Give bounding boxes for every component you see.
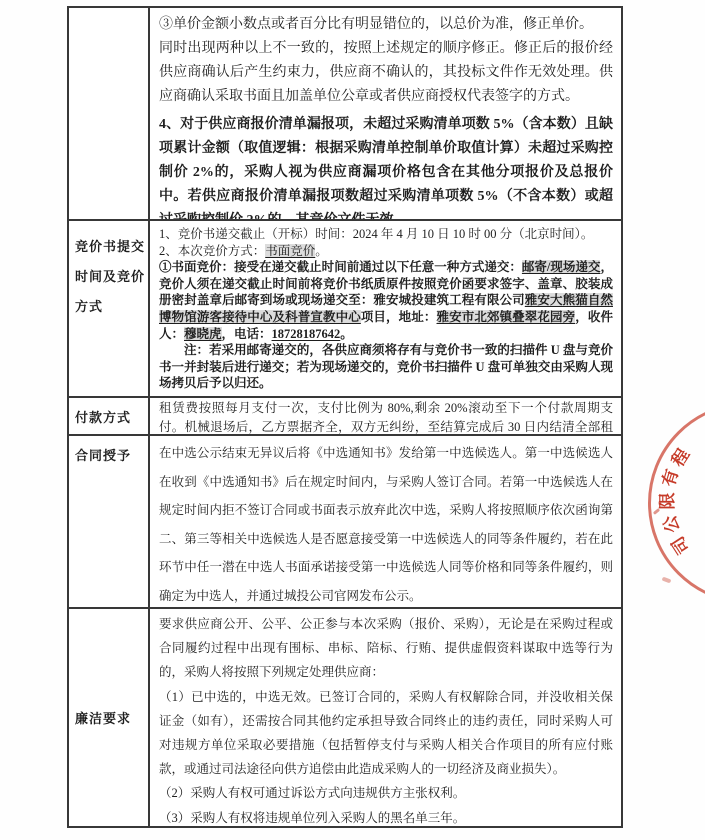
seal-character: 有: [660, 467, 682, 489]
text-segment: 1、竞价书递交截止（开标）时间：2024 年 4 月 10 日 10 时 00 …: [159, 227, 593, 241]
scanned-document-page: ③单价金额小数点或者百分比有明显错位的，以总价为准，修正单价。同时出现两种以上不…: [0, 0, 705, 840]
paragraph: （3）采购人有权将违规单位列入采购人的黑名单三年。: [159, 806, 613, 826]
seal-character: 司: [669, 533, 694, 558]
paragraph: ③单价金额小数点或者百分比有明显错位的，以总价为准，修正单价。: [159, 13, 613, 37]
paragraph: ①书面竞价：接受在递交截止时间前通过以下任意一种方式递交：邮寄/现场递交，竞价人…: [159, 259, 613, 342]
paragraph: 2、本次竞价方式：书面竞价。: [159, 243, 613, 260]
row-label-bid-submission: 竞价书提交时间及竞价方式: [69, 221, 150, 396]
paragraph: 同时出现两种以上不一致的，按照上述规定的顺序修正。修正后的报价经供应商确认后产生…: [159, 37, 613, 109]
row-content-payment-method: 租赁费按照每月支付一次，支付比例为 80%,剩余 20%滚动至下一个付款周期支付…: [150, 398, 621, 434]
paragraph: 要求供应商公开、公平、公正参与本次采购（报价、采购），无论是在采购过程或合同履约…: [159, 612, 613, 685]
table-row-contract-award: 合同授予 在中选公示结束无异议后将《中选通知书》发给第一中选候选人。第一中选候选…: [69, 434, 621, 607]
row-label-payment-method: 付款方式: [69, 398, 150, 434]
text-segment: ，电话：: [222, 327, 272, 341]
address-value: 雅安市北郊镇叠翠花园旁: [437, 310, 576, 324]
text-segment: 。: [315, 244, 328, 258]
text-segment: 。: [340, 327, 353, 341]
text-segment: 要求供应商公开、公平、公正参与本次采购（报价、采购），无论是在采购过程或合同履约…: [159, 617, 613, 679]
text-segment: 同时出现两种以上不一致的，按照上述规定的顺序修正。修正后的报价经供应商确认后产生…: [159, 41, 613, 104]
paragraph: （1）已中选的，中选无效。已签订合同的，采购人有权解除合同，并没收相关保证金（如…: [159, 685, 613, 782]
seal-ink-mark: [653, 508, 660, 515]
paragraph: 1、竞价书递交截止（开标）时间：2024 年 4 月 10 日 10 时 00 …: [159, 226, 613, 243]
seal-ink-dot: [662, 577, 672, 584]
procurement-terms-table: ③单价金额小数点或者百分比有明显错位的，以总价为准，修正单价。同时出现两种以上不…: [67, 6, 623, 828]
paragraph: 注：若采用邮寄递交的，各供应商须将存有与竞价书一致的扫描件 U 盘与竞价书一并封…: [159, 342, 613, 392]
text-segment: 租赁费按照每月支付一次，支付比例为 80%,剩余 20%滚动至下一个付款周期支付…: [159, 401, 613, 434]
seal-circle-icon: [648, 402, 705, 604]
table-row-bid-submission: 竞价书提交时间及竞价方式 1、竞价书递交截止（开标）时间：2024 年 4 月 …: [69, 219, 621, 396]
text-segment: 2、本次竞价方式：: [159, 244, 265, 258]
delivery-method-value: 邮寄/现场递交: [522, 260, 601, 274]
text-segment: （1）已中选的，中选无效。已签订合同的，采购人有权解除合同，并没收相关保证金（如…: [159, 690, 613, 777]
text-segment: 在中选公示结束无异议后将《中选通知书》发给第一中选候选人。第一中选候选人在收到《…: [159, 446, 613, 603]
table-row-payment-method: 付款方式 租赁费按照每月支付一次，支付比例为 80%,剩余 20%滚动至下一个付…: [69, 396, 621, 434]
seal-character: 限: [659, 492, 677, 510]
text-segment: 4、对于供应商报价清单漏报项，未超过采购清单项数 5%（含本数）且缺项累计金额（…: [159, 117, 613, 219]
text-segment: 注：若采用邮寄递交的，各供应商须将存有与竞价书一致的扫描件 U 盘与竞价书一并封…: [159, 343, 613, 390]
table-row-price-correction-rules: ③单价金额小数点或者百分比有明显错位的，以总价为准，修正单价。同时出现两种以上不…: [69, 8, 621, 219]
row-label-empty: [69, 8, 150, 219]
row-content-integrity-requirements: 要求供应商公开、公平、公正参与本次采购（报价、采购），无论是在采购过程或合同履约…: [150, 609, 621, 826]
paragraph: 租赁费按照每月支付一次，支付比例为 80%,剩余 20%滚动至下一个付款周期支付…: [159, 399, 613, 434]
phone-number-value: 18728187642: [272, 327, 341, 341]
row-label-contract-award: 合同授予: [69, 436, 150, 607]
text-segment: 项目，地址：: [361, 310, 437, 324]
seal-character: 程: [669, 446, 694, 471]
paragraph: （2）采购人有权可通过诉讼方式向违规供方主张权利。: [159, 781, 613, 805]
bid-method-value: 书面竞价: [265, 244, 315, 258]
table-row-integrity-requirements: 廉洁要求 要求供应商公开、公平、公正参与本次采购（报价、采购），无论是在采购过程…: [69, 607, 621, 826]
row-content-price-correction-rules: ③单价金额小数点或者百分比有明显错位的，以总价为准，修正单价。同时出现两种以上不…: [150, 8, 621, 219]
paragraph: 在中选公示结束无异议后将《中选通知书》发给第一中选候选人。第一中选候选人在收到《…: [159, 439, 613, 607]
paragraph: 4、对于供应商报价清单漏报项，未超过采购清单项数 5%（含本数）且缺项累计金额（…: [159, 113, 613, 219]
seal-character: 公: [661, 513, 683, 535]
recipient-name-value: 穆晓虎: [184, 327, 222, 341]
text-segment: （3）采购人有权将违规单位列入采购人的黑名单三年。: [159, 811, 465, 825]
text-segment: （2）采购人有权可通过诉讼方式向违规供方主张权利。: [159, 786, 465, 800]
text-segment: ③单价金额小数点或者百分比有明显错位的，以总价为准，修正单价。: [159, 17, 593, 32]
row-content-bid-submission: 1、竞价书递交截止（开标）时间：2024 年 4 月 10 日 10 时 00 …: [150, 221, 621, 396]
text-segment: ①书面竞价：接受在递交截止时间前通过以下任意一种方式递交：: [159, 260, 522, 274]
row-content-contract-award: 在中选公示结束无异议后将《中选通知书》发给第一中选候选人。第一中选候选人在收到《…: [150, 436, 621, 607]
row-label-integrity-requirements: 廉洁要求: [69, 609, 150, 826]
